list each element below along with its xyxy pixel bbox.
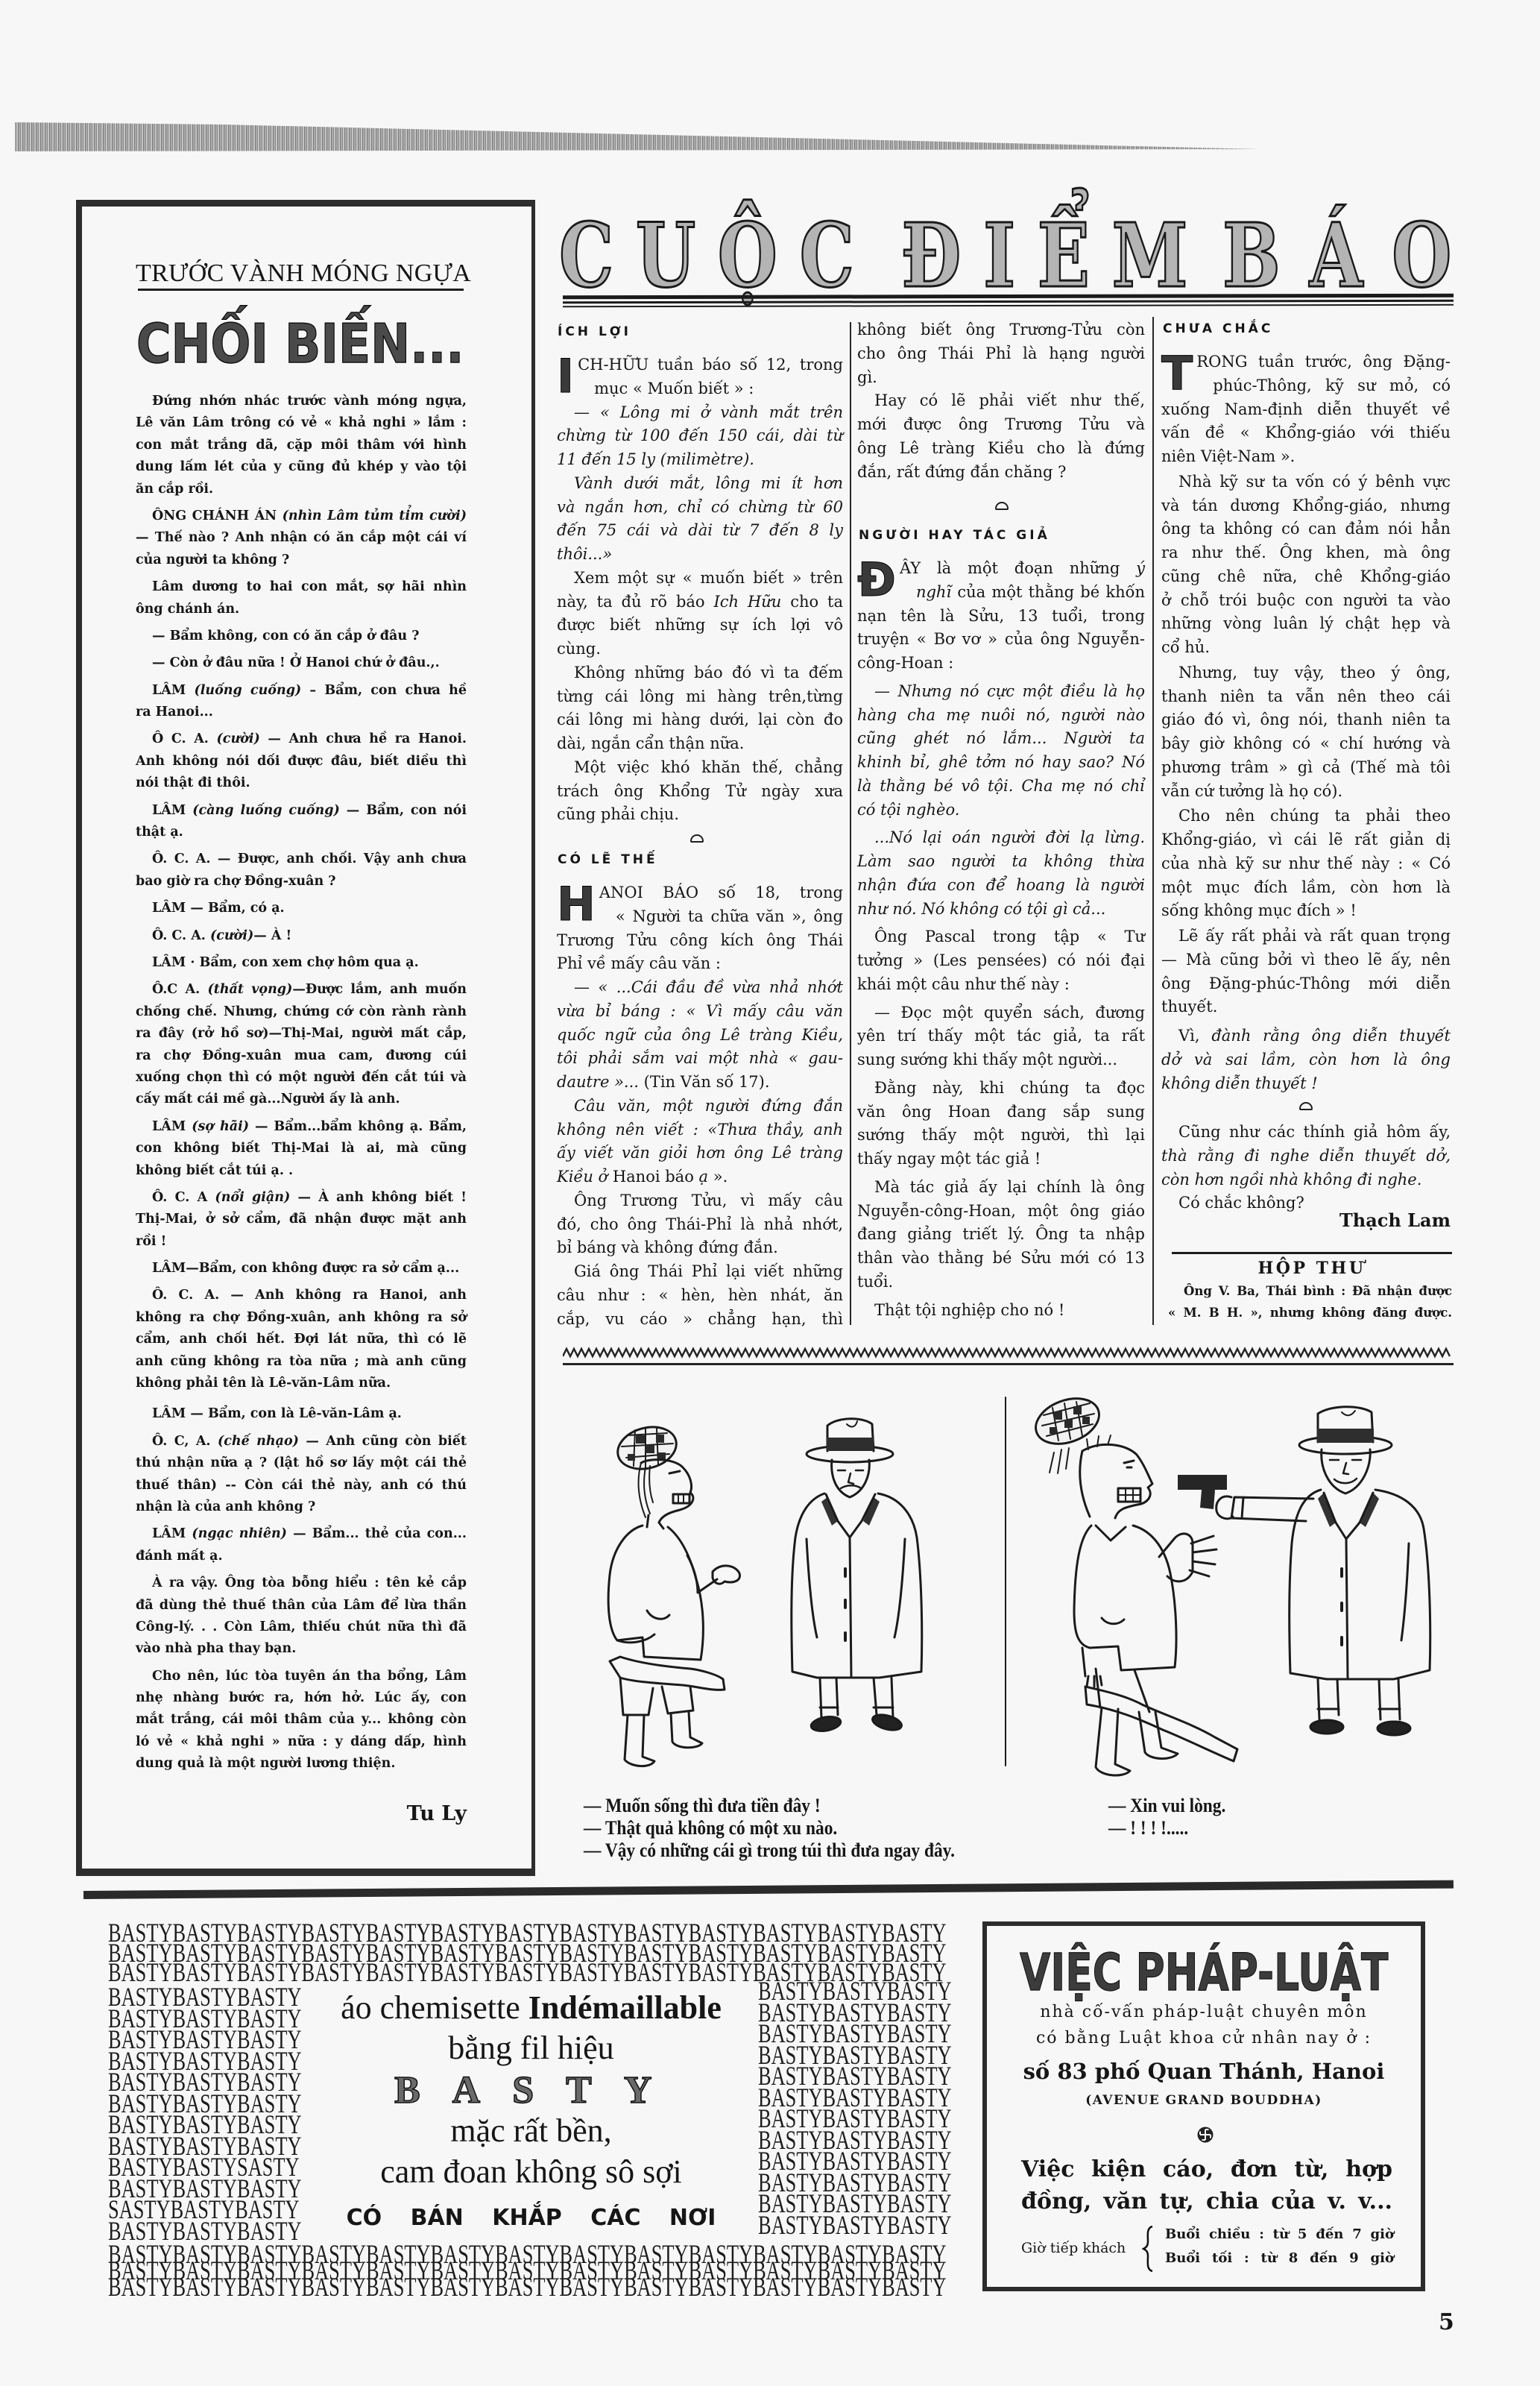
text-line: cùng.: [557, 638, 843, 661]
paragraph: Đằng này, khi chúng ta đọcvăn ông Hoan đ…: [857, 1077, 1145, 1171]
text-line: cái lông mi hàng dưới, lại còn đo: [557, 708, 843, 732]
text-line: dở và sai lầm, còn hơn là ông: [1161, 1048, 1451, 1072]
text-line: khái một câu như thế này :: [857, 973, 1145, 997]
text-line: — « ...Cái đầu đề vừa nhả nhớt: [557, 976, 843, 1000]
italic-text: (cười): [217, 731, 260, 746]
italic-text: quốc ngữ của ông Lê tràng Kiều,: [557, 1026, 843, 1044]
text-line: ông ta không có can đảm nói hẳn: [1161, 517, 1451, 541]
masthead-word-1: CUỘC: [559, 212, 877, 300]
text-line: niên Việt-Nam ».: [1161, 445, 1451, 469]
text-line: ăn cắp rồi.: [136, 479, 467, 500]
text-line: Không những báo đó vì ta đếm: [557, 661, 843, 685]
paragraph: LÂM · Bẩm, con xem chợ hôm qua ạ.: [136, 952, 467, 974]
paragraph: Vành dưới mắt, lông mi ít hơnvà ngắn hơn…: [557, 472, 843, 567]
basty-ad-bottom-rows: BASTYBASTYBASTYBASTYBASTYBASTYBASTYBASTY…: [108, 2246, 947, 2295]
italic-text: Câu văn, một người đứng đắn: [574, 1097, 843, 1115]
paragraph: — « Lông mi ở vành mắt trênchừng từ 100 …: [557, 401, 843, 472]
text-line: yên trí thấy một tác giả, ta rất: [857, 1024, 1145, 1048]
text-line: Ô. C. A. — Được, anh chối. Vậy anh chưa: [136, 849, 467, 870]
section-separator-band: [83, 1880, 1454, 1899]
text-line: Trương Tửu công kích ông Thái: [557, 929, 843, 953]
column-kicker: TRƯỚC VÀNH MÓNG NGỰA: [136, 261, 471, 286]
section-body-ich-loi: ICH-HỮU tuần báo số 12, trongmục « Muốn …: [557, 353, 843, 827]
italic-text: không nên viết : «Thưa thầy, anh: [557, 1121, 843, 1139]
text-line: vào nhà pha thay bạn.: [136, 1638, 467, 1660]
text-line: nạn tên là Sửu, 13 tuổi, trong: [857, 605, 1145, 629]
legal-ad-line-1: nhà cố-vấn pháp-luật chuyên môn: [982, 2004, 1425, 2021]
text-line: Ông V. Ba, Thái bình : Đã nhận được: [1168, 1280, 1452, 1302]
text-line: Ô.C A. (thất vọng)—Được lắm, anh muốn: [136, 979, 467, 1001]
article-body: Đứng nhớn nhác trước vành móng ngựa,Lê v…: [136, 391, 467, 1775]
italic-text: Kiều ở: [557, 1168, 613, 1186]
text-line: gì.: [857, 366, 1145, 390]
paragraph: — Còn ở đâu nữa ! Ở Hanoi chứ ở đâu.,.: [136, 652, 467, 674]
text-line: ông Đặng-phúc-Thông mới diễn: [1161, 972, 1451, 996]
section-body-co-le-the-continued: không biết ông Trương-Tửu còncho ông Thá…: [857, 318, 1145, 484]
basty-product-feature: Indémaillable: [528, 1989, 722, 2026]
text-line: cổ hủ.: [1161, 636, 1451, 660]
text-line: — Thế nào ? Anh nhận có ăn cắp một cái v…: [136, 527, 467, 549]
text-line: Ô. C. A (nổi giận) — À anh không biết !: [136, 1187, 467, 1209]
italic-text: (càng luống cuống): [192, 803, 340, 818]
text-line: thân vào thằng bé Sửu mới có 13: [857, 1247, 1145, 1271]
column-divider: [1152, 317, 1154, 1325]
gunman-figure-panel-2: [1178, 1407, 1430, 1735]
paragraph: Đứng nhớn nhác trước vành móng ngựa,Lê v…: [136, 391, 467, 500]
italic-text: — « ...Cái đầu đề vừa nhả nhớt: [574, 978, 843, 996]
italic-text: 11 đến 15 ly (milimètre).: [557, 450, 754, 468]
text-line: nghĩ của một thằng bé khốn: [857, 581, 1145, 605]
text-line: nhẹ nhàng bước ra, hớn hở. Lúc ấy, con: [136, 1687, 467, 1709]
basty-ad-line-3: mặc rất bền,: [306, 2115, 757, 2147]
pistol-icon: [1178, 1475, 1227, 1509]
text-line: nhận đứa con để hoang là người: [857, 874, 1145, 898]
text-line: ra chợ Đồng-xuân mua cam, đương cúi: [136, 1045, 467, 1067]
text-line: mắt trắng, cái môi thâm của y... không c…: [136, 1709, 467, 1731]
section-coda-chua-chac: Cũng như các thính giả hôm ấy,thà rằng đ…: [1161, 1121, 1451, 1215]
text-line: hàng cha mẹ nuôi nó, người nào: [857, 704, 1145, 728]
text-line: thú nhận nữa ạ ? (lật hồ sơ lấy một cái …: [136, 1452, 467, 1474]
section-heading-nguoi-hay-tac-gia: NGƯỜI HAY TÁC GIẢ: [859, 528, 1050, 543]
paragraph: ICH-HỮU tuần báo số 12, trongmục « Muốn …: [557, 353, 843, 401]
basty-ad-line-2: bằng fil hiệu: [306, 2032, 757, 2065]
italic-text: (nổi giận): [215, 1190, 290, 1205]
text-line: khinh bỉ, ghê tởm nó hay sao? Nó: [857, 751, 1145, 775]
text-line: Lâm dương to hai con mắt, sợ hãi nhìn: [136, 576, 467, 598]
ornament-icon: [995, 502, 1009, 510]
text-line: dài, ngắn cẩn thận nữa.: [557, 732, 843, 756]
text-line: CH-HỮU tuần báo số 12, trong: [557, 353, 843, 377]
paragraph: HANOI BÁO số 18, trong« Người ta chữa vă…: [557, 881, 843, 976]
text-line: không biết cắt túi ạ. .: [136, 1160, 467, 1182]
paragraph: TRONG tuần trước, ông Đặng-phúc-Thông, k…: [1161, 350, 1451, 469]
paragraph: Cũng như các thính giả hôm ấy,thà rằng đ…: [1161, 1121, 1451, 1192]
text-line: thôi...»: [557, 543, 843, 567]
legal-ad-hours-label: Giờ tiếp khách: [1021, 2241, 1126, 2256]
paragraph: — « ...Cái đầu đề vừa nhả nhớtvừa bỉ bán…: [557, 976, 843, 1095]
italic-text: (chế nhạo): [218, 1434, 299, 1449]
italic-text: hàng cha mẹ nuôi nó, người nào: [857, 706, 1145, 724]
text-line: tôi phải sắm vai một nhà « gau-: [557, 1047, 843, 1071]
text-line: 11 đến 15 ly (milimètre).: [557, 448, 843, 472]
text-line: — « Lông mi ở vành mắt trên: [557, 401, 843, 425]
text-line: dautre »... (Tin Văn số 17).: [557, 1071, 843, 1095]
caption-line: — Muốn sống thì đưa tiền đây !: [584, 1795, 955, 1817]
paragraph: — Bẩm không, con có ăn cắp ở đâu ?: [136, 626, 467, 647]
text-line: Xem một sự « muốn biết » trên: [557, 567, 843, 591]
basty-ad-left-rows: BASTYBASTYBASTYBASTYBASTYBASTYBASTYBASTY…: [108, 1986, 302, 2241]
paragraph: Ô. C. A. (cười)— À !: [136, 925, 467, 947]
paragraph: LÂM — Bẩm, con là Lê-văn-Lâm ạ.: [136, 1403, 467, 1425]
text-line: Cho nên chúng ta phải theo: [1161, 805, 1451, 828]
text-line: sống không mục đích » !: [1161, 899, 1451, 923]
section-heading-ich-loi: ÍCH LỢI: [558, 324, 631, 339]
text-line: đánh mất ạ.: [136, 1546, 467, 1567]
text-line: những vòng luân lý chật hẹp và: [1161, 612, 1451, 636]
text-line: mới được ông Trương Tửu và: [857, 413, 1145, 437]
text-line: không diễn thuyết !: [1161, 1072, 1451, 1096]
page-number: 5: [1439, 2311, 1454, 2334]
paragraph: — Đọc một quyển sách, đươngyên trí thấy …: [857, 1001, 1145, 1072]
italic-text: Ich Hữu: [713, 593, 781, 611]
rich-man-figure-panel-1: [792, 1419, 922, 1734]
text-line: Thật tội nghiệp cho nó !: [857, 1299, 1145, 1323]
brace-icon: [1142, 2225, 1157, 2273]
italic-text: (ngạc nhiên): [192, 1526, 287, 1541]
text-line: thuyết.: [1161, 995, 1451, 1019]
text-line: dung quả là một người lương thiện.: [136, 1753, 467, 1775]
basty-ad-line-1: áo chemisette Indémaillable: [306, 1992, 757, 2024]
paragraph: không biết ông Trương-Tửu còncho ông Thá…: [857, 318, 1145, 389]
text-line: cũng chê nữa, chê Khổng-giáo: [1161, 565, 1451, 589]
paragraph: Cho nên, lúc tòa tuyên án tha bổng, Lâmn…: [136, 1666, 467, 1775]
text-line: không biết ông Trương-Tửu còn: [857, 318, 1145, 342]
text-line: nói thật đi thôi.: [136, 772, 467, 794]
scan-artifact-band: [0, 119, 1267, 154]
italic-text: thà rằng đi nghe diễn thuyết dở,: [1161, 1147, 1451, 1165]
italic-text: nghĩ: [916, 583, 951, 601]
text-line: LÂM · Bẩm, con xem chợ hôm qua ạ.: [136, 952, 467, 974]
italic-text: ...Nó lại oán người đời lạ lừng.: [874, 828, 1145, 846]
text-line: thấy ngay một tác giả !: [857, 1148, 1145, 1171]
text-line: thà rằng đi nghe diễn thuyết dở,: [1161, 1145, 1451, 1168]
poor-man-figure-panel-1: [608, 1421, 739, 1766]
text-line: ...Nó lại oán người đời lạ lừng.: [857, 826, 1145, 850]
paragraph: LÂM (càng luống cuống) — Bẩm, con nóithậ…: [136, 800, 467, 844]
italic-text: (cười): [210, 928, 253, 943]
caption-line: — Thật quả không có một xu nào.: [584, 1817, 955, 1839]
paragraph: Ô. C. A. — Được, anh chối. Vậy anh chưab…: [136, 849, 467, 893]
paragraph: ...Nó lại oán người đời lạ lừng.Làm sao …: [857, 826, 1145, 921]
text-line: ló vẻ « khả nghi » nữa : y dáng dấp, hìn…: [136, 1731, 467, 1753]
text-line: xuống chọn thì có một người đến cắt túi …: [136, 1067, 467, 1089]
basty-ad-right-rows: BASTYBASTYBASTYBASTYBASTYBASTYBASTYBASTY…: [758, 1980, 952, 2235]
text-line: Đằng này, khi chúng ta đọc: [857, 1077, 1145, 1101]
text-line: Một việc khó khăn thế, chẳng: [557, 756, 843, 780]
text-line: cấy mất cái mề gà...Người ấy là anh.: [136, 1089, 467, 1110]
text-line: của người ta không ?: [136, 550, 467, 571]
italic-text: chừng từ 100 đến 150 cái, dài từ: [557, 426, 843, 444]
basty-pattern-row: BASTYBASTYBASTY: [108, 2220, 302, 2242]
section-heading-chua-chac: CHƯA CHẮC: [1163, 321, 1273, 336]
text-line: của nhà kỹ sư như thế này : « Có: [1161, 852, 1451, 876]
paragraph: Ô. C, A. (chế nhạo) — Anh cũng còn biếtt…: [136, 1431, 467, 1519]
section-heading-co-le-the: CÓ LẼ THẾ: [558, 852, 658, 867]
text-line: LÂM — Bẩm, con là Lê-văn-Lâm ạ.: [136, 1403, 467, 1425]
text-line: ANOI BÁO số 18, trong: [557, 881, 843, 905]
text-line: con mắt trắng dã, cặp môi thâm với hình: [136, 435, 467, 456]
italic-text: đến 75 cái và dài từ 7 đến 8 ly: [557, 521, 843, 539]
text-line: ÂY là một đoạn những ý: [857, 557, 1145, 581]
paragraph: Ô. C. A. — Anh không ra Hanoi, anhkhông …: [136, 1285, 467, 1394]
text-line: Ô C. A. (cười) — Anh chưa hề ra Hanoi.: [136, 728, 467, 750]
italic-text: tôi phải sắm vai một nhà « gau-: [557, 1049, 843, 1067]
cartoon-caption-panel-2: — Xin vui lòng. — ! ! ! !.....: [1108, 1795, 1225, 1839]
paragraph: — Nhưng nó cực một điều là họhàng cha mẹ…: [857, 680, 1145, 822]
drop-cap-letter: Đ: [857, 560, 896, 602]
text-line: trách ông Khổng Tử ngày xưa: [557, 780, 843, 804]
text-line: mục « Muốn biết » :: [557, 377, 843, 401]
legal-ad-hours-evening: Buổi tối : từ 8 đến 9 giờ: [1165, 2252, 1394, 2265]
text-line: bỉ báng và không đứng đắn.: [557, 1236, 843, 1260]
text-line: Vành dưới mắt, lông mi ít hơn: [557, 472, 843, 496]
text-line: LÂM (ngạc nhiên) — Bẩm... thẻ của con...: [136, 1523, 467, 1545]
text-line: thanh niên ta vẫn nên theo cái: [1161, 685, 1451, 709]
italic-text: (luống cuống): [194, 683, 301, 698]
text-line: Nhà kỹ sư ta vốn có ý bênh vực: [1161, 470, 1451, 494]
text-line: chừng từ 100 đến 150 cái, dài từ: [557, 424, 843, 448]
paragraph: Nhà kỹ sư ta vốn có ý bênh vựcvà tán dươ…: [1161, 470, 1451, 660]
text-line: nhận là của anh không ?: [136, 1496, 467, 1518]
italic-text: dautre »...: [557, 1073, 644, 1091]
paragraph: Cho nên chúng ta phải theoKhổng-giáo, vì…: [1161, 805, 1451, 923]
text-line: đó, cho ông Thái-Phỉ là nhả nhớt,: [557, 1213, 843, 1237]
paragraph: LÂM—Bẩm, con không được ra sở cẩm ạ...: [136, 1258, 467, 1279]
paragraph: LÂM (ngạc nhiên) — Bẩm... thẻ của con...…: [136, 1523, 467, 1567]
ornament-icon: [1299, 1102, 1313, 1110]
basty-product-text: áo chemisette: [341, 1989, 528, 2026]
text-line: bao giờ ra chợ Đồng-xuân ?: [136, 871, 467, 893]
text-line: ấy viết văn giỏi hơn ông Lê tràng: [557, 1142, 843, 1165]
text-line: LÂM (sợ hãi) — Bẩm...bẩm không ạ. Bẩm,: [136, 1116, 467, 1138]
italic-text: — « Lông mi ở vành mắt trên: [574, 403, 843, 421]
paragraph: Ô.C A. (thất vọng)—Được lắm, anh muốnchố…: [136, 979, 467, 1110]
paragraph: À ra vậy. Ông tòa bỗng hiểu : tên kẻ cắp…: [136, 1573, 467, 1661]
text-line: ra như thế. Ông khen, mà ông: [1161, 541, 1451, 565]
ornament-icon: [690, 834, 704, 843]
text-line: RONG tuần trước, ông Đặng-: [1161, 350, 1451, 374]
text-line: LÂM (luống cuống) – Bẩm, con chưa hề: [136, 680, 467, 702]
italic-text: ấy viết văn giỏi hơn ông Lê tràng: [557, 1144, 843, 1162]
text-line: cắp, vu cáo » chẳng hạn, thì: [557, 1308, 843, 1332]
text-line: quốc ngữ của ông Lê tràng Kiều,: [557, 1024, 843, 1048]
italic-text: như nó. Nó không có tội gì cả...: [857, 900, 1105, 918]
italic-text: (sợ hãi): [192, 1119, 249, 1134]
italic-text: khinh bỉ, ghê tởm nó hay sao? Nó: [857, 753, 1145, 771]
text-line: và ngắn hơn, chỉ có chừng từ 60: [557, 496, 843, 520]
caption-line: — ! ! ! !.....: [1108, 1817, 1225, 1839]
text-line: Câu văn, một người đứng đắn: [557, 1095, 843, 1118]
text-line: phương trâm » gì cả (Thế mà tôi: [1161, 756, 1451, 780]
italic-text: ạ: [699, 1168, 709, 1186]
italic-text: không diễn thuyết !: [1161, 1074, 1318, 1092]
paragraph: LÂM — Bẩm, có ạ.: [136, 898, 467, 919]
text-line: Anh không nói dối được đâu, biết diều th…: [136, 751, 467, 772]
text-line: có tội nghèo.: [857, 799, 1145, 822]
legal-ad-title: VIỆC PHÁP-LUẬT: [1020, 1948, 1388, 1999]
text-line: Cho nên, lúc tòa tuyên án tha bổng, Lâm: [136, 1666, 467, 1687]
paragraph: Ô. C. A (nổi giận) — À anh không biết !T…: [136, 1187, 467, 1253]
italic-text: vừa bỉ báng : « Vì mấy câu văn: [557, 1002, 843, 1020]
caption-line: — Xin vui lòng.: [1108, 1795, 1225, 1817]
text-line: Hay có lẽ phải viết như thế,: [857, 389, 1145, 413]
paragraph: Ô C. A. (cười) — Anh chưa hề ra Hanoi.An…: [136, 728, 467, 794]
text-line: Giá ông Thái Phỉ lại viết những: [557, 1260, 843, 1284]
kicker-underline: [138, 289, 464, 291]
text-line: một mục đích lầm, còn hơn là: [1161, 876, 1451, 900]
paragraph: LÂM (luống cuống) – Bẩm, con chưa hềra H…: [136, 680, 467, 724]
text-line: Khổng-giáo, vì cái lẽ rất giản dị: [1161, 828, 1451, 852]
basty-ad-top-rows: BASTYBASTYBASTYBASTYBASTYBASTYBASTYBASTY…: [108, 1923, 947, 1983]
text-line: là thằng bé vô tội. Cha mẹ nó chỉ: [857, 775, 1145, 799]
zigzag-rule: [563, 1347, 1454, 1369]
text-line: Nguyễn-công-Hoan, một ông giáo: [857, 1200, 1145, 1224]
cartoon-illustration: [552, 1372, 1476, 1789]
text-line: giáo đó vì, ông nói, thanh niên ta: [1161, 708, 1451, 732]
paragraph: Ông V. Ba, Thái bình : Đã nhận được« M. …: [1168, 1280, 1452, 1323]
text-line: Phỉ về mấy câu văn :: [557, 952, 843, 976]
paragraph: LÂM (sợ hãi) — Bẩm...bẩm không ạ. Bẩm,co…: [136, 1116, 467, 1182]
text-line: anh cũng không ra tòa nữa ; mà anh cũng: [136, 1351, 467, 1373]
text-line: không nên viết : «Thưa thầy, anh: [557, 1118, 843, 1142]
text-line: ÔNG CHÁNH ÁN (nhìn Lâm tủm tỉm cười): [136, 506, 467, 527]
text-line: còn hơn ngồi nhà không đi nghe.: [1161, 1168, 1451, 1192]
paragraph: Lâm dương to hai con mắt, sợ hãi nhìnông…: [136, 576, 467, 620]
italic-text: còn hơn ngồi nhà không đi nghe.: [1161, 1171, 1421, 1189]
legal-ad-services-line: đồng, văn tự, chia của v. v...: [1021, 2191, 1392, 2213]
italic-text: ý: [1136, 559, 1145, 577]
text-line: LÂM—Bẩm, con không được ra sở cẩm ạ...: [136, 1258, 467, 1279]
caption-line: — Vậy có những cái gì trong túi thì đưa …: [584, 1839, 955, 1862]
text-line: À ra vậy. Ông tòa bỗng hiểu : tên kẻ cắp: [136, 1573, 467, 1594]
paragraph: Thật tội nghiệp cho nó !: [857, 1299, 1145, 1323]
paragraph: Xem một sự « muốn biết » trênnày, ta đủ …: [557, 567, 843, 661]
author-signature: Tu Ly: [373, 1803, 467, 1825]
text-line: xuống Nam-định diễn thuyết về: [1161, 398, 1451, 422]
text-line: Thị-Mai, ở sở cẩm, đã nhận được mặt anh: [136, 1209, 467, 1230]
text-line: công-Hoan :: [857, 652, 1145, 676]
text-line: cẩm, anh chối hết. Đợi lát nữa, thì có l…: [136, 1329, 467, 1350]
text-line: vẫn cứ tưởng là họ có).: [1161, 780, 1451, 804]
italic-text: cũng ghét nó lắm... Người ta: [857, 729, 1145, 747]
text-line: cho ông Thái Phỉ là hạng người: [857, 342, 1145, 366]
text-line: ra Hanoi...: [136, 702, 467, 723]
italic-text: Làm sao người ta không thừa: [857, 852, 1145, 870]
italic-text: là thằng bé vô tội. Cha mẹ nó chỉ: [857, 777, 1145, 795]
paragraph: Ông Pascal trong tập « Tưtưởng » (Les pe…: [857, 925, 1145, 996]
text-line: cũng ghét nó lắm... Người ta: [857, 727, 1145, 751]
paragraph: Mà tác giả ấy lại chính là ôngNguyễn-côn…: [857, 1176, 1145, 1294]
text-line: LÂM (càng luống cuống) — Bẩm, con nói: [136, 800, 467, 822]
paragraph: Giá ông Thái Phỉ lại viết nhữngcâu như :…: [557, 1260, 843, 1331]
text-line: phúc-Thông, kỹ sư mỏ, có: [1161, 374, 1451, 398]
basty-pattern-row: BASTYBASTYBASTY: [758, 2215, 952, 2236]
text-line: Ô. C. A. (cười)— À !: [136, 925, 467, 947]
text-line: vừa bỉ báng : « Vì mấy câu văn: [557, 1000, 843, 1024]
italic-text: nhận đứa con để hoang là người: [857, 876, 1145, 894]
ornament-icon: [1196, 2126, 1214, 2144]
masthead-word-3: BÁO: [1222, 212, 1480, 300]
text-line: — Nhưng nó cực một điều là họ: [857, 680, 1145, 704]
paragraph: Một việc khó khăn thế, chẳngtrách ông Kh…: [557, 756, 843, 827]
basty-availability: CÓ BÁN KHẮP CÁC NƠI: [306, 2207, 757, 2229]
text-line: « M. B H. », nhưng không đăng được.: [1168, 1302, 1452, 1323]
masthead-word-2: ĐIỂM: [901, 212, 1210, 300]
paragraph: Ông Trương Tửu, vì mấy câuđó, cho ông Th…: [557, 1189, 843, 1260]
text-line: từng cái lông mi hàng trên,từng: [557, 685, 843, 709]
text-line: Công-lý. . . Còn Lâm, thiếu chút nữa thì…: [136, 1617, 467, 1638]
paragraph: Vì, đành rằng ông diễn thuyếtdở và sai l…: [1161, 1024, 1451, 1095]
text-line: sung sướng khi thấy một người...: [857, 1048, 1145, 1072]
text-line: Cũng như các thính giả hôm ấy,: [1161, 1121, 1451, 1145]
text-line: Ô. C. A. — Anh không ra Hanoi, anh: [136, 1285, 467, 1306]
text-line: câu như : « hèn, hèn nhát, ăn: [557, 1284, 843, 1308]
text-line: ra đây (rở hồ sơ)—Thị-Mai, người mất cắp…: [136, 1023, 467, 1045]
legal-ad-hours-afternoon: Buổi chiều : từ 5 đến 7 giờ: [1165, 2228, 1394, 2241]
text-line: Đứng nhớn nhác trước vành móng ngựa,: [136, 391, 467, 412]
text-line: cũng phải chịu.: [557, 803, 843, 827]
text-line: truyện « Bơ vơ » của ông Nguyễn-: [857, 628, 1145, 652]
text-line: Ô. C, A. (chế nhạo) — Anh cũng còn biết: [136, 1431, 467, 1452]
italic-text: — Nhưng nó cực một điều là họ: [874, 682, 1145, 700]
text-line: ông chánh án.: [136, 599, 467, 620]
text-line: ông Lê tràng Kiều cho là đứng: [857, 437, 1145, 461]
basty-ad-line-4: cam đoan không sô sợi: [306, 2156, 757, 2188]
text-line: sướng thấy một người, thì lại: [857, 1124, 1145, 1148]
text-line: — Mà cũng bởi vì theo lẽ ấy, nên: [1161, 948, 1451, 972]
basty-pattern-row: BASTYBASTYBASTYBASTYBASTYBASTYBASTYBASTY…: [108, 2279, 947, 2295]
basty-brand-name: BASTY: [394, 2071, 684, 2110]
article-title: CHỐI BIẾN...: [136, 317, 464, 371]
section-body-nguoi-hay-tac-gia: ĐÂY là một đoạn những ýnghĩ của một thằn…: [857, 557, 1145, 1322]
italic-text: (nhìn Lâm tủm tỉm cười): [283, 509, 467, 523]
text-line: Nhưng, tuy vậy, theo ý ông,: [1161, 661, 1451, 685]
section-conclusion-chua-chac: Vì, đành rằng ông diễn thuyếtdở và sai l…: [1161, 1024, 1451, 1095]
author-signature: Thạch Lam: [1267, 1209, 1451, 1232]
text-line: Kiều ở Hanoi báo ạ ».: [557, 1165, 843, 1189]
legal-ad-services-line: Việc kiện cáo, đơn từ, hợp: [1021, 2159, 1392, 2181]
legal-ad-address: số 83 phố Quan Thánh, Hanoi: [982, 2061, 1425, 2083]
text-line: Ông Trương Tửu, vì mấy câu: [557, 1189, 843, 1213]
text-line: như nó. Nó không có tội gì cả...: [857, 898, 1145, 922]
text-line: « Người ta chữa văn », ông: [557, 905, 843, 929]
column-divider: [850, 322, 851, 1325]
text-line: Ông Pascal trong tập « Tư: [857, 925, 1145, 949]
text-line: Làm sao người ta không thừa: [857, 850, 1145, 874]
cartoon-caption-panel-1: — Muốn sống thì đưa tiền đây ! — Thật qu…: [584, 1795, 955, 1862]
text-line: Vì, đành rằng ông diễn thuyết: [1161, 1024, 1451, 1048]
text-line: Lê văn Lâm trông có vẻ « khả nghi » lắm …: [136, 412, 467, 434]
paragraph: Câu văn, một người đứng đắnkhông nên viế…: [557, 1095, 843, 1189]
drop-cap-letter: T: [1161, 353, 1193, 395]
text-line: tuổi.: [857, 1271, 1145, 1294]
text-line: đắn, rất đứng đắn chăng ?: [857, 461, 1145, 485]
text-line: không ra chợ Đồng-xuân, anh không ra sở: [136, 1307, 467, 1329]
section-body-co-le-the: HANOI BÁO số 18, trong« Người ta chữa vă…: [557, 881, 843, 1331]
text-line: đã dùng thẻ thuế thân của Lâm để lừa thầ…: [136, 1595, 467, 1617]
text-line: con không biết Thị-Mai là ai, mà cũng: [136, 1138, 467, 1159]
text-line: LÂM — Bẩm, có ạ.: [136, 898, 467, 919]
